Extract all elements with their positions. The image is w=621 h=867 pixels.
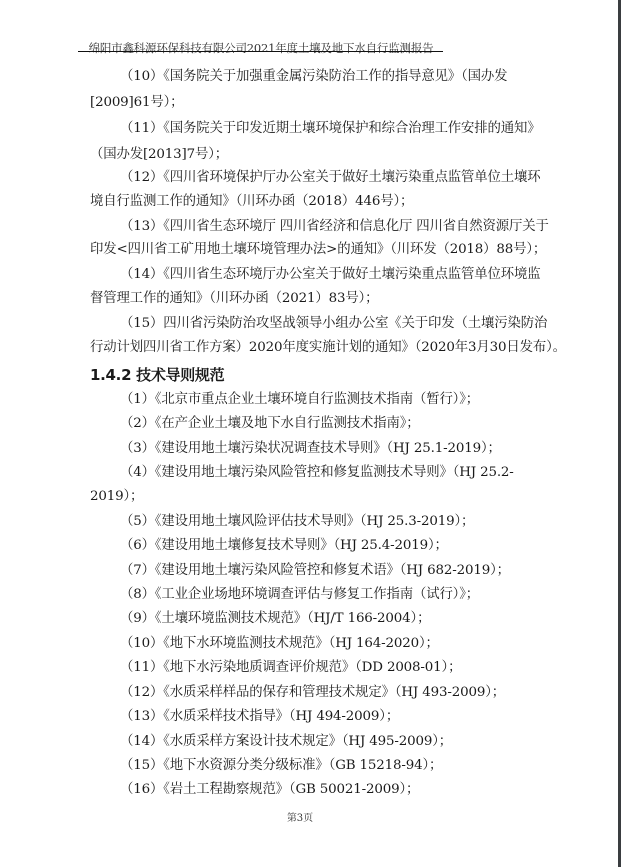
policy-item-14-cont: 督管理工作的通知》（川环办函（2021）83号）； <box>90 290 378 308</box>
policy-item-12-cont: 境自行监测工作的通知》（川环办函（2018）446号）； <box>90 193 413 211</box>
policy-item-13-cont: 印发<四川省工矿用地土壤环境管理办法>的通知》（川环发（2018）88号）； <box>90 241 546 259</box>
standard-item-4: （4）《建设用地土壤污染风险管控和修复监测技术导则》（HJ 25.2- <box>120 464 514 482</box>
policy-item-15: （15）四川省污染防治攻坚战领导小组办公室《关于印发（土壤污染防治 <box>120 315 547 333</box>
standard-item-6: （6）《建设用地土壤修复技术导则》（HJ 25.4-2019）； <box>120 537 448 555</box>
standard-item-16: （16）《岩土工程勘察规范》（GB 50021-2009）； <box>120 781 419 799</box>
standard-item-5: （5）《建设用地土壤风险评估技术导则》（HJ 25.3-2019）； <box>120 513 474 531</box>
standard-item-3: （3）《建设用地土壤污染状况调查技术导则》（HJ 25.1-2019）； <box>120 440 501 458</box>
policy-item-11: （11）《国务院关于印发近期土壤环境保护和综合治理工作安排的通知》 <box>120 120 541 138</box>
standard-item-14: （14）《水质采样方案设计技术规定》（HJ 495-2009）； <box>120 733 452 751</box>
standard-item-15: （15）《地下水资源分类分级标准》（GB 15218-94）； <box>120 757 442 775</box>
standard-item-13: （13）《水质采样技术指导》（HJ 494-2009）； <box>120 708 399 726</box>
policy-item-10-cont: [2009]61号）； <box>90 94 183 112</box>
section-heading: 1.4.2 技术导则规范 <box>90 364 224 385</box>
standard-item-10: （10）《地下水环境监测技术规范》（HJ 164-2020）； <box>120 635 439 653</box>
standard-item-11: （11）《地下水污染地质调查评价规范》（DD 2008-01）； <box>120 659 461 677</box>
standard-item-2: （2）《在产企业土壤及地下水自行监测技术指南》； <box>120 415 420 433</box>
standard-item-8: （8）《工业企业场地环境调查评估与修复工作指南（试行）》； <box>120 586 479 604</box>
page-header: 绵阳市鑫科源环保科技有限公司2021年度土壤及地下水自行监测报告 <box>78 40 444 56</box>
policy-item-12: （12）《四川省环境保护厅办公室关于做好土壤污染重点监管单位土壤环 <box>120 169 541 187</box>
standard-item-4-cont: 2019）； <box>90 488 143 506</box>
standard-item-9: （9）《土壤环境监测技术规范》（HJ/T 166-2004）； <box>120 610 430 628</box>
standard-item-1: （1）《北京市重点企业土壤环境自行监测技术指南（暂行）》； <box>120 391 479 409</box>
standard-item-7: （7）《建设用地土壤污染风险管控和修复术语》（HJ 682-2019）； <box>120 562 510 580</box>
policy-item-13: （13）《四川省生态环境厅 四川省经济和信息化厅 四川省自然资源厅关于 <box>120 218 549 236</box>
policy-item-14: （14）《四川省生态环境厅办公室关于做好土壤污染重点监管单位环境监 <box>120 266 541 284</box>
policy-item-11-cont: （国办发[2013]7号）； <box>90 146 228 164</box>
standard-item-12: （12）《水质采样样品的保存和管理技术规定》（HJ 493-2009）； <box>120 684 505 702</box>
policy-item-15-cont: 行动计划四川省工作方案）2020年度实施计划的通知》（2020年3月30日发布）… <box>90 339 566 357</box>
policy-item-10: （10）《国务院关于加强重金属污染防治工作的指导意见》（国办发 <box>120 68 507 86</box>
page-number: 第3页 <box>0 809 600 824</box>
header-divider <box>78 51 443 52</box>
